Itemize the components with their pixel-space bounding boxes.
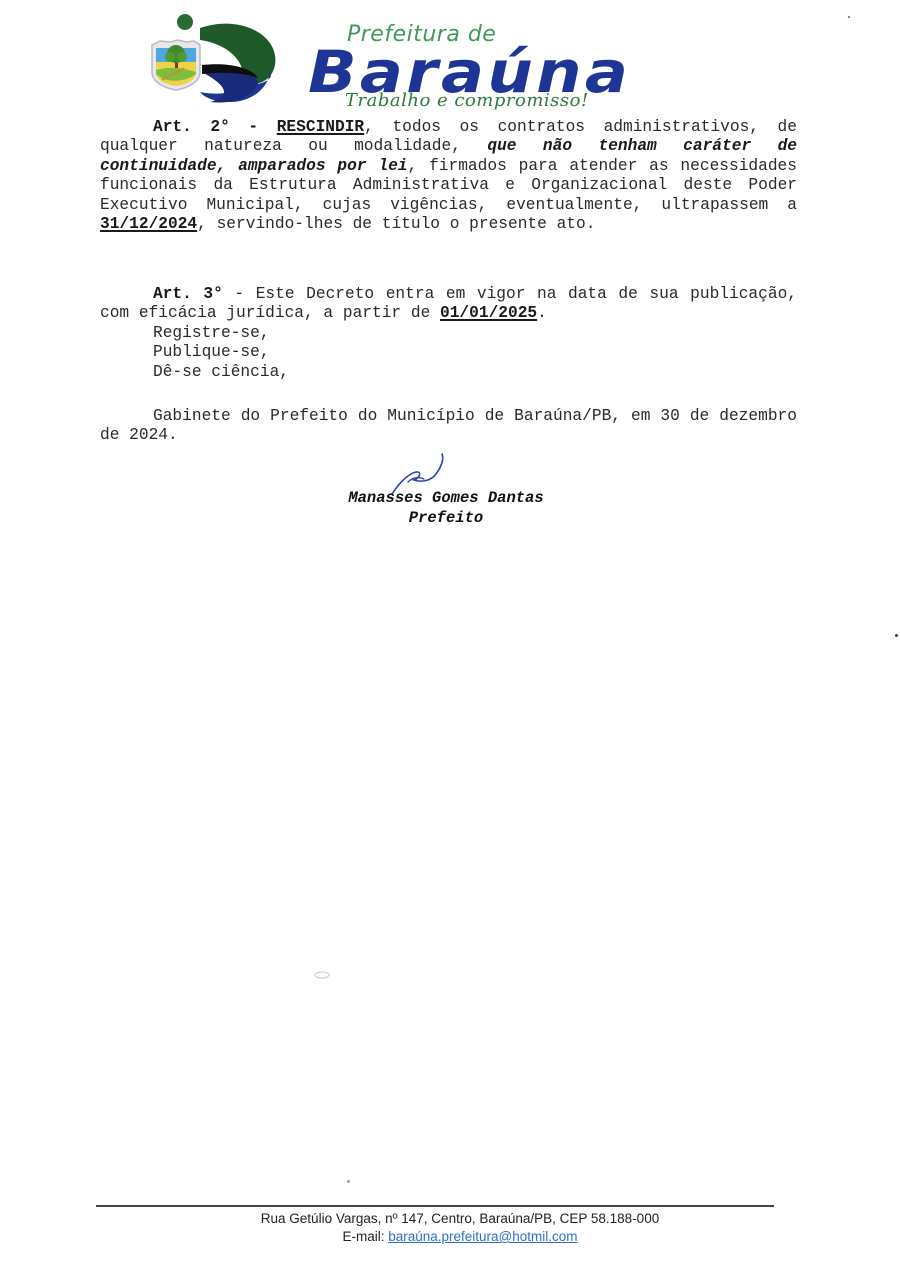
scan-speck: [347, 1180, 350, 1183]
logo-slogan: Trabalho e compromisso!: [345, 90, 589, 111]
footer-address: Rua Getúlio Vargas, nº 147, Centro, Bara…: [10, 1211, 900, 1226]
article-3-date: 01/01/2025: [440, 304, 537, 322]
closing-line-notice: Dê-se ciência,: [153, 363, 850, 382]
document-page: Prefeitura de Baraúna Trabalho e comprom…: [0, 0, 900, 1272]
article-3-text-b: .: [537, 304, 547, 322]
gabinete-place-date: Gabinete do Prefeito do Município de Bar…: [100, 407, 797, 446]
closing-line-register: Registre-se,: [153, 324, 850, 343]
scan-speck: [895, 634, 898, 637]
article-2-paragraph: Art. 2° - RESCINDIR, todos os contratos …: [100, 118, 797, 234]
closing-line-publish: Publique-se,: [153, 343, 850, 362]
article-3-label: Art. 3°: [153, 285, 223, 303]
footer-divider: [96, 1205, 774, 1207]
footer-email-link[interactable]: baraúna.prefeitura@hotmil.com: [388, 1229, 577, 1244]
article-2-date: 31/12/2024: [100, 215, 197, 233]
footer-email-label: E-mail:: [342, 1229, 388, 1244]
article-2-verb: RESCINDIR: [277, 118, 364, 136]
header-logo: Prefeitura de Baraúna Trabalho e comprom…: [140, 10, 700, 110]
coat-of-arms-emblem-icon: [140, 10, 280, 110]
article-3-paragraph: Art. 3° - Este Decreto entra em vigor na…: [100, 285, 797, 324]
article-2-text-c: , servindo-lhes de título o presente ato…: [197, 215, 595, 233]
article-2-label: Art. 2° -: [153, 118, 258, 136]
closing-formulas: Registre-se, Publique-se, Dê-se ciência,: [153, 324, 850, 382]
scan-speck: [848, 16, 850, 18]
scan-mark-icon: [312, 970, 332, 980]
gabinete-text: Gabinete do Prefeito do Município de Bar…: [100, 407, 797, 444]
footer-email-line: E-mail: baraúna.prefeitura@hotmil.com: [10, 1229, 900, 1244]
signatory-name: Manasses Gomes Dantas: [0, 489, 896, 507]
signatory-role: Prefeito: [0, 509, 896, 527]
